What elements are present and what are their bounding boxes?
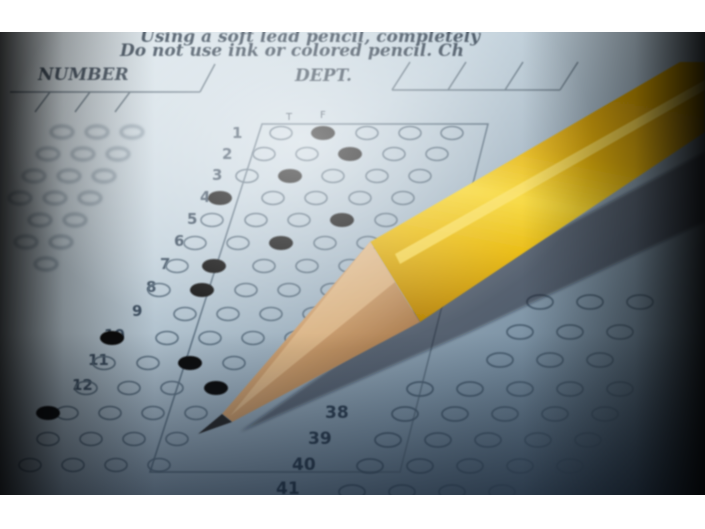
photo: Using a soft lead pencil, completely Do … [0, 32, 705, 495]
column-header-t: T [285, 112, 293, 123]
svg-text:38: 38 [325, 403, 349, 423]
svg-text:41: 41 [276, 479, 300, 495]
number-label: NUMBER [37, 65, 129, 85]
svg-text:5: 5 [187, 210, 197, 228]
scene: Using a soft lead pencil, completely Do … [0, 32, 705, 495]
instructions-line-2: Do not use ink or colored pencil. Ch [119, 41, 464, 61]
svg-text:39: 39 [308, 429, 332, 449]
svg-text:40: 40 [292, 455, 316, 475]
svg-text:12: 12 [72, 376, 93, 394]
svg-text:8: 8 [146, 278, 156, 296]
svg-text:11: 11 [88, 351, 109, 369]
svg-text:6: 6 [174, 232, 184, 250]
svg-text:1: 1 [232, 124, 242, 142]
svg-text:3: 3 [212, 166, 222, 184]
column-header-f: F [320, 110, 326, 121]
svg-text:9: 9 [132, 302, 142, 320]
dept-label: DEPT. [294, 66, 352, 86]
svg-text:2: 2 [222, 145, 232, 163]
